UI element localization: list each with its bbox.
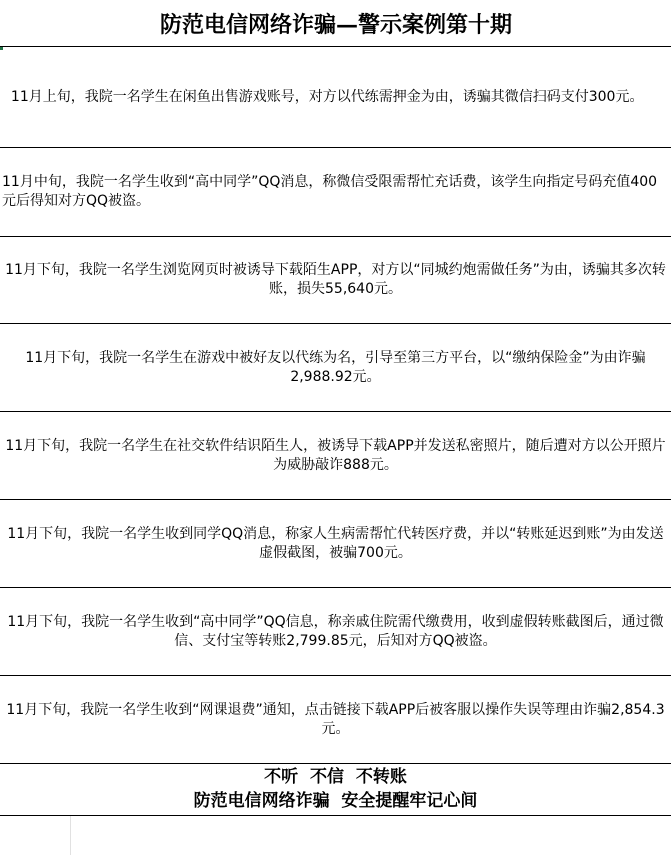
row-divider [0, 815, 671, 816]
case-cell-1[interactable]: 11月上旬，我院一名学生在闲鱼出售游戏账号，对方以代练需押金为由，诱骗其微信扫码… [0, 47, 671, 147]
case-cell-6[interactable]: 11月下旬，我院一名学生收到同学QQ消息，称家人生病需帮忙代转医疗费，并以“转账… [0, 500, 671, 587]
case-text: 11月下旬，我院一名学生浏览网页时被诱导下载陌生APP，对方以“同城约炮需做任务… [0, 261, 671, 299]
footer-slogan-line2: 防范电信网络诈骗 安全提醒牢记心间 [194, 789, 478, 813]
spreadsheet-sheet: 防范电信网络诈骗—警示案例第十期 11月上旬，我院一名学生在闲鱼出售游戏账号，对… [0, 0, 671, 855]
footer-slogan-cell[interactable]: 不听 不信 不转账 防范电信网络诈骗 安全提醒牢记心间 [0, 764, 671, 814]
page-title[interactable]: 防范电信网络诈骗—警示案例第十期 [0, 0, 671, 46]
case-text: 11月下旬，我院一名学生收到同学QQ消息，称家人生病需帮忙代转医疗费，并以“转账… [0, 525, 671, 563]
case-cell-8[interactable]: 11月下旬，我院一名学生收到“网课退费”通知，点击链接下载APP后被客服以操作失… [0, 676, 671, 763]
case-text: 11月中旬，我院一名学生收到“高中同学”QQ消息，称微信受限需帮忙充话费，该学生… [0, 173, 671, 211]
page-title-text: 防范电信网络诈骗—警示案例第十期 [160, 8, 512, 39]
case-cell-3[interactable]: 11月下旬，我院一名学生浏览网页时被诱导下载陌生APP，对方以“同城约炮需做任务… [0, 237, 671, 323]
column-gridline [70, 816, 71, 855]
case-cell-2[interactable]: 11月中旬，我院一名学生收到“高中同学”QQ消息，称微信受限需帮忙充话费，该学生… [0, 148, 671, 236]
case-cell-4[interactable]: 11月下旬，我院一名学生在游戏中被好友以代练为名，引导至第三方平台，以“缴纳保险… [0, 324, 671, 411]
case-text: 11月下旬，我院一名学生在游戏中被好友以代练为名，引导至第三方平台，以“缴纳保险… [0, 349, 671, 387]
case-cell-7[interactable]: 11月下旬，我院一名学生收到“高中同学”QQ信息，称亲戚住院需代缴费用，收到虚假… [0, 588, 671, 675]
case-text: 11月下旬，我院一名学生在社交软件结识陌生人，被诱导下载APP并发送私密照片，随… [0, 437, 671, 475]
case-text: 11月下旬，我院一名学生收到“网课退费”通知，点击链接下载APP后被客服以操作失… [0, 701, 671, 739]
footer-slogan-line1: 不听 不信 不转账 [264, 765, 407, 789]
case-cell-5[interactable]: 11月下旬，我院一名学生在社交软件结识陌生人，被诱导下载APP并发送私密照片，随… [0, 412, 671, 499]
case-text: 11月上旬，我院一名学生在闲鱼出售游戏账号，对方以代练需押金为由，诱骗其微信扫码… [0, 88, 671, 107]
case-text: 11月下旬，我院一名学生收到“高中同学”QQ信息，称亲戚住院需代缴费用，收到虚假… [0, 613, 671, 651]
